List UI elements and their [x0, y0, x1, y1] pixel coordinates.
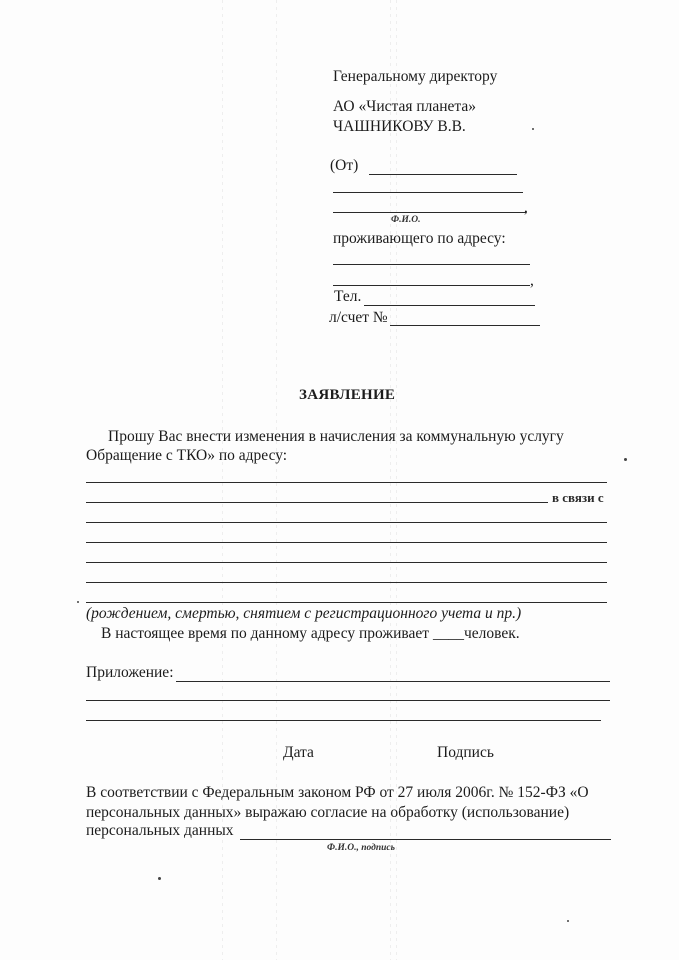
- signature-label: Подпись: [437, 744, 494, 762]
- scan-speck: [567, 920, 569, 922]
- address-label: проживающего по адресу:: [333, 230, 506, 248]
- phone-label: Тел.: [334, 288, 361, 306]
- reason-line-4[interactable]: [86, 582, 607, 583]
- attachment-label: Приложение:: [86, 664, 174, 682]
- consent-line2: персональных данных» выражаю согласие на…: [86, 804, 569, 822]
- in-connection-label: в связи с: [552, 490, 604, 506]
- scan-speck: [158, 877, 161, 880]
- addressee-company: АО «Чистая планета»: [333, 98, 476, 116]
- addressee-position: Генеральному директору: [333, 68, 497, 86]
- reason-line-5[interactable]: [86, 602, 607, 603]
- date-label: Дата: [283, 744, 314, 762]
- from-name-field-3[interactable]: [333, 212, 526, 213]
- consent-line1: В соответствии с Федеральным законом РФ …: [86, 784, 589, 802]
- phone-field[interactable]: [364, 305, 535, 306]
- from-label: (От): [330, 157, 358, 175]
- request-text-line2: Обращение с ТКО» по адресу:: [86, 447, 287, 465]
- attachment-line-2[interactable]: [86, 700, 610, 701]
- reasons-hint: (рождением, смертью, снятием с регистрац…: [86, 605, 521, 623]
- residents-suffix: человек.: [464, 625, 520, 642]
- residents-prefix: В настоящее время по данному адресу прож…: [101, 625, 429, 642]
- address-line-1[interactable]: [86, 482, 607, 483]
- fio-caption: Ф.И.О.: [391, 215, 420, 225]
- consent-caption: Ф.И.О., подпись: [327, 843, 395, 853]
- request-text-line1: Прошу Вас внести изменения в начисления …: [108, 428, 564, 446]
- scan-speck: [77, 601, 79, 603]
- attachment-line-1[interactable]: [176, 681, 610, 682]
- address-field-2[interactable]: [333, 285, 530, 286]
- reason-line-3[interactable]: [86, 562, 607, 563]
- reason-line-2[interactable]: [86, 542, 607, 543]
- scan-speck: [624, 458, 627, 461]
- reason-line-1[interactable]: [86, 522, 607, 523]
- residents-statement: В настоящее время по данному адресу прож…: [101, 625, 520, 643]
- addressee-name: ЧАШНИКОВУ В.В.: [333, 118, 466, 136]
- attachment-line-3[interactable]: [86, 720, 601, 721]
- consent-signature-field[interactable]: [240, 839, 611, 840]
- address-field-1[interactable]: [333, 264, 530, 265]
- from-name-field-2[interactable]: [333, 192, 523, 193]
- comma: ,: [530, 272, 534, 290]
- from-name-field[interactable]: [369, 174, 517, 175]
- consent-line3: персональных данных: [86, 822, 234, 840]
- scan-speck: [532, 128, 534, 130]
- document-title: ЗАЯВЛЕНИЕ: [299, 387, 395, 404]
- address-line-2[interactable]: [86, 502, 548, 503]
- residents-count-field[interactable]: ____: [433, 625, 464, 642]
- comma: ,: [524, 199, 528, 217]
- account-field[interactable]: [390, 325, 540, 326]
- account-label: л/счет №: [329, 309, 388, 327]
